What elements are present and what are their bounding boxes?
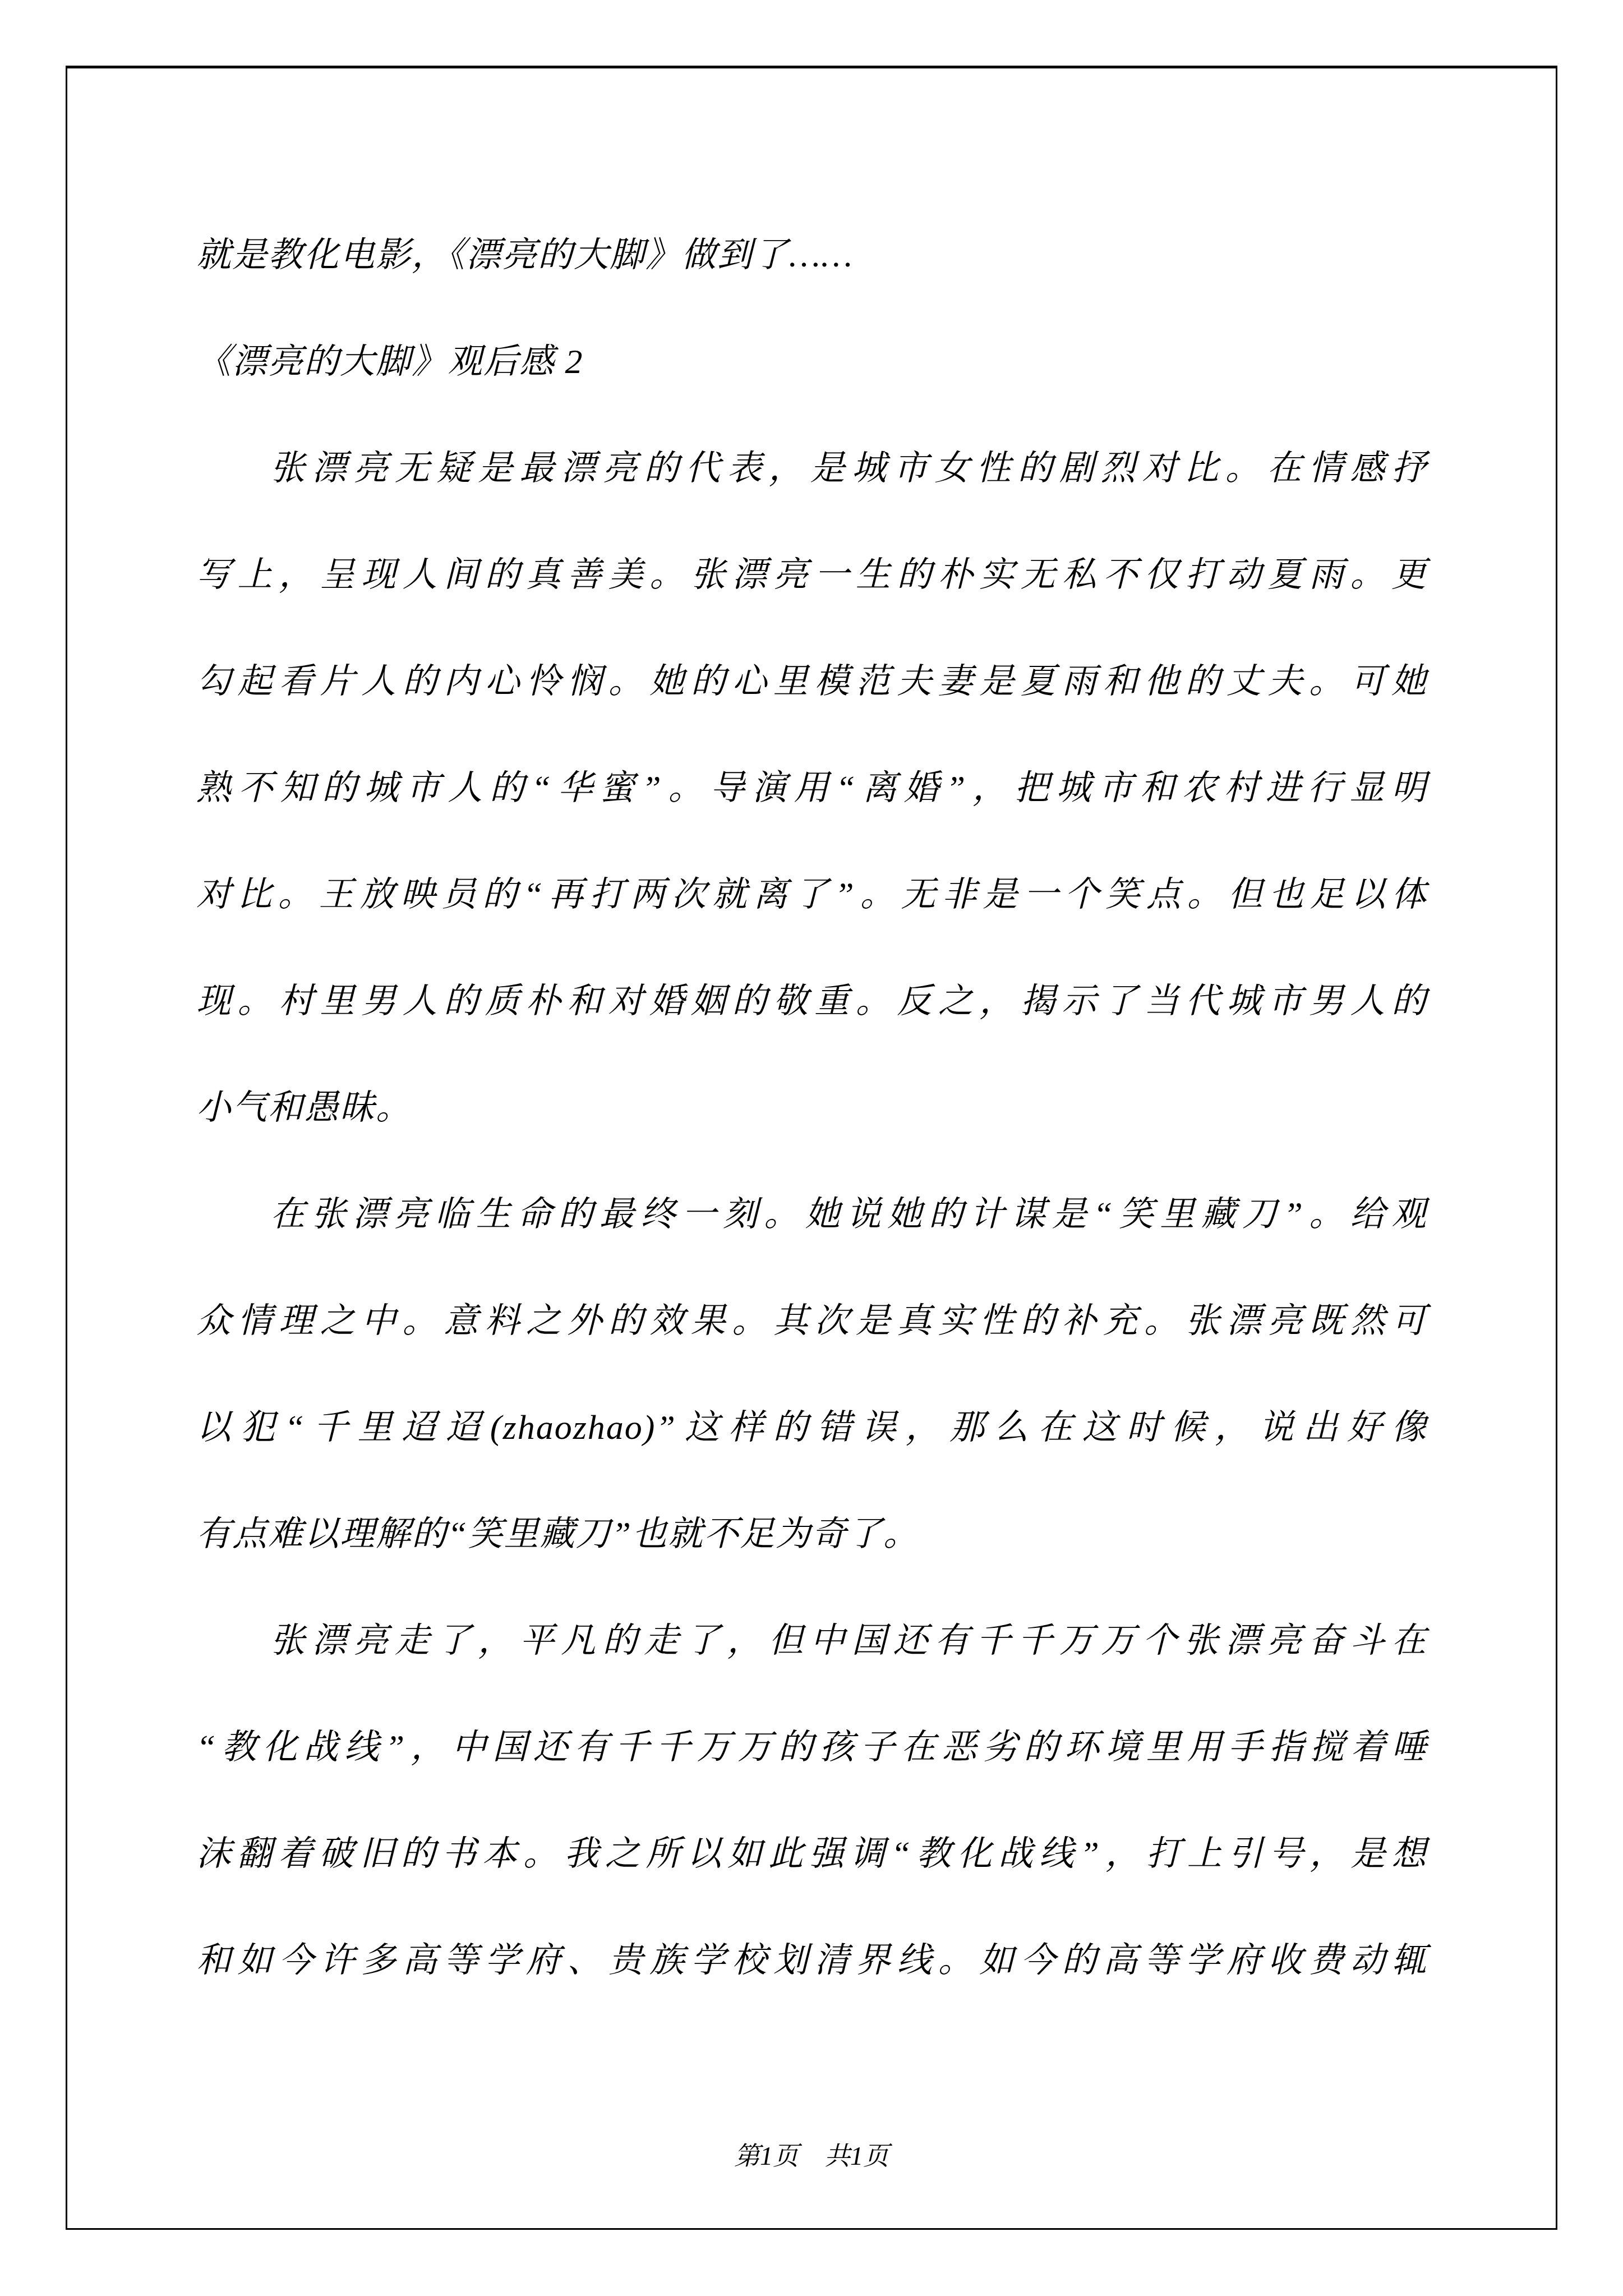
page-border: 就是教化电影，《漂亮的大脚》做到了……《漂亮的大脚》观后感 2张漂亮无疑是最漂亮… (66, 66, 1557, 2230)
document-page: 就是教化电影，《漂亮的大脚》做到了……《漂亮的大脚》观后感 2张漂亮无疑是最漂亮… (0, 0, 1623, 2296)
text-line: 张漂亮无疑是最漂亮的代表，是城市女性的剧烈对比。在情感抒 (196, 415, 1427, 522)
text-line: 小气和愚昧。 (196, 1055, 1427, 1161)
document-text-block: 就是教化电影，《漂亮的大脚》做到了……《漂亮的大脚》观后感 2张漂亮无疑是最漂亮… (196, 202, 1427, 2014)
text-line: 熟不知的城市人的“华蜜”。导演用“离婚”，把城市和农村进行显明 (196, 735, 1427, 841)
text-line: 对比。王放映员的“再打两次就离了”。无非是一个笑点。但也足以体 (196, 841, 1427, 948)
text-line: “教化战线”，中国还有千千万万的孩子在恶劣的环境里用手指搅着唾 (196, 1694, 1427, 1801)
text-line: 众情理之中。意料之外的效果。其次是真实性的补充。张漂亮既然可 (196, 1268, 1427, 1374)
page-footer: 第1页 共1页 (67, 2139, 1556, 2173)
page-number-label: 第1页 共1页 (734, 2142, 889, 2170)
text-line: 《漂亮的大脚》观后感 2 (196, 309, 1427, 415)
text-line: 就是教化电影，《漂亮的大脚》做到了…… (196, 202, 1427, 309)
text-line: 现。村里男人的质朴和对婚姻的敬重。反之，揭示了当代城市男人的 (196, 948, 1427, 1055)
text-line: 在张漂亮临生命的最终一刻。她说她的计谋是“笑里藏刀”。给观 (196, 1161, 1427, 1268)
text-line: 和如今许多高等学府、贵族学校划清界线。如今的高等学府收费动辄 (196, 1907, 1427, 2014)
text-line: 勾起看片人的内心怜悯。她的心里模范夫妻是夏雨和他的丈夫。可她 (196, 628, 1427, 735)
text-line: 以犯“千里迢迢(zhaozhao)”这样的错误，那么在这时候，说出好像 (196, 1374, 1427, 1481)
text-line: 写上，呈现人间的真善美。张漂亮一生的朴实无私不仅打动夏雨。更 (196, 522, 1427, 628)
text-line: 张漂亮走了，平凡的走了，但中国还有千千万万个张漂亮奋斗在 (196, 1588, 1427, 1694)
text-line: 沫翻着破旧的书本。我之所以如此强调“教化战线”，打上引号，是想 (196, 1801, 1427, 1907)
text-line: 有点难以理解的“笑里藏刀”也就不足为奇了。 (196, 1481, 1427, 1588)
